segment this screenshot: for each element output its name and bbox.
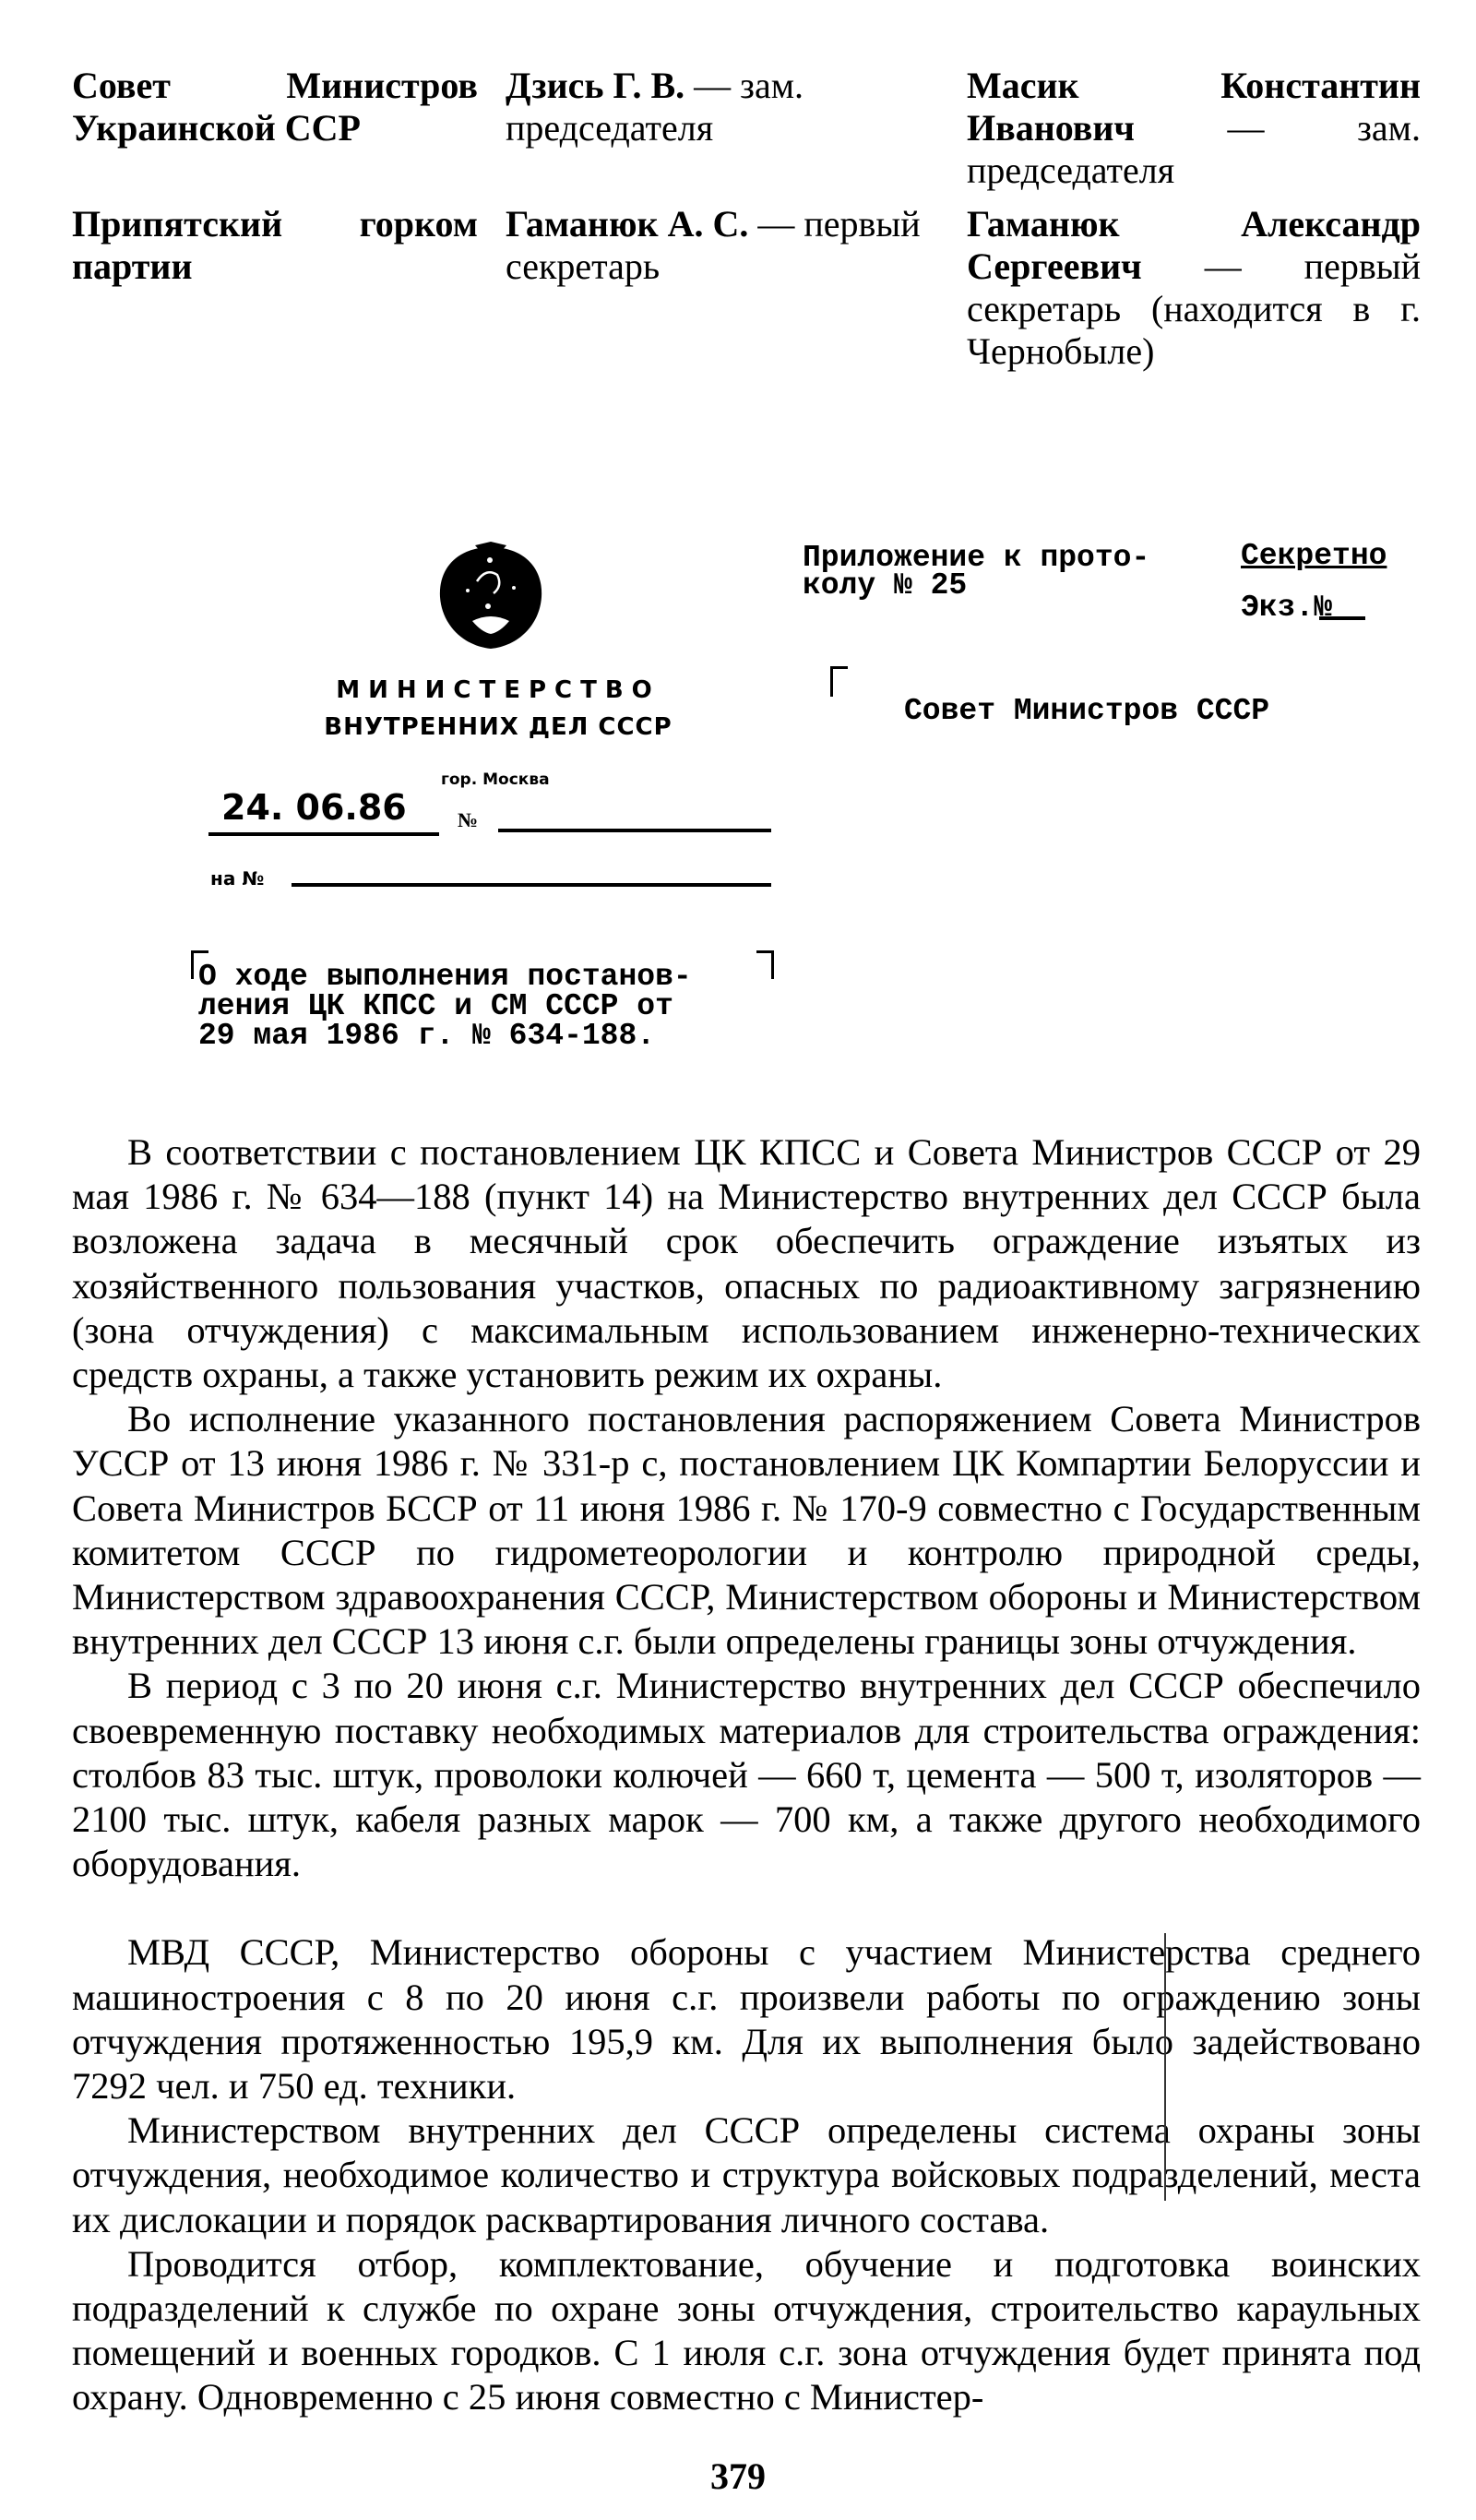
classification-stamp: Секретно bbox=[1241, 543, 1387, 570]
document-body: В соответствии с постановлением ЦК КПСС … bbox=[72, 1130, 1421, 2420]
ministry-header: МИНИСТЕРСТВО ВНУТРЕННИХ ДЕЛ СССР bbox=[304, 672, 692, 746]
copy-number-line bbox=[1319, 616, 1365, 620]
subject-bracket-right bbox=[756, 950, 774, 979]
body-paragraph: МВД СССР, Министерство обороны с участие… bbox=[72, 1930, 1421, 2108]
officials-table: Совет Министров Украинской ССР Дзись Г. … bbox=[72, 65, 1421, 384]
appendix-line-2: колу № 25 bbox=[803, 572, 1149, 600]
address-bracket bbox=[830, 666, 848, 697]
body-paragraph: В период с 3 по 20 июня с.г. Министерств… bbox=[72, 1664, 1421, 1886]
table-row: Совет Министров Украинской ССР Дзись Г. … bbox=[72, 65, 1421, 192]
listed-official-cell: Гаманюк А. С. — первый секретарь bbox=[506, 203, 967, 373]
actual-official-cell: Гаманюк Александр Сергеевич — первый сек… bbox=[967, 203, 1421, 373]
body-paragraph: Во исполнение указанного постановления р… bbox=[72, 1397, 1421, 1664]
ministry-line-1: МИНИСТЕРСТВО bbox=[304, 672, 692, 709]
secret-label: Секретно bbox=[1241, 539, 1387, 573]
reference-label: на № bbox=[210, 867, 264, 890]
organization-cell: Совет Министров Украинской ССР bbox=[72, 65, 506, 192]
listed-official-cell: Дзись Г. В. — зам. председателя bbox=[506, 65, 967, 192]
subject-line-2: ления ЦК КПСС и СМ СССР от bbox=[198, 992, 692, 1021]
scan-scratch-line bbox=[1164, 1933, 1166, 2201]
number-field-line bbox=[498, 829, 771, 832]
addressee: Совет Министров СССР bbox=[904, 694, 1269, 728]
subject-line: О ходе выполнения постанов- ления ЦК КПС… bbox=[198, 962, 692, 1051]
body-paragraph: Министерством внутренних дел СССР опреде… bbox=[72, 2108, 1421, 2242]
ministry-line-2: ВНУТРЕННИХ ДЕЛ СССР bbox=[304, 709, 692, 746]
table-row: Припятский горком партии Гаманюк А. С. —… bbox=[72, 203, 1421, 373]
listed-official-name: Гаманюк А. С. bbox=[506, 203, 748, 245]
body-paragraph: В соответствии с постановлением ЦК КПСС … bbox=[72, 1130, 1421, 1397]
city-label: гор. Москва bbox=[441, 770, 550, 789]
listed-official-name: Дзись Г. В. bbox=[506, 65, 684, 106]
number-label: № bbox=[458, 808, 478, 832]
subject-line-3: 29 мая 1986 г. № 634-188. bbox=[198, 1021, 692, 1051]
page-number: 379 bbox=[0, 2454, 1476, 2498]
appendix-note: Приложение к прото- колу № 25 bbox=[803, 544, 1149, 600]
document-date: 24. 06.86 bbox=[221, 787, 407, 828]
actual-official-cell: Масик Константин Иванович — зам. председ… bbox=[967, 65, 1421, 192]
body-paragraph: Проводится отбор, комплектование, обучен… bbox=[72, 2242, 1421, 2420]
organization-cell: Припятский горком партии bbox=[72, 203, 506, 373]
ussr-coat-of-arms-icon bbox=[431, 540, 551, 655]
reference-field-line bbox=[292, 883, 771, 887]
subject-line-1: О ходе выполнения постанов- bbox=[198, 962, 692, 992]
